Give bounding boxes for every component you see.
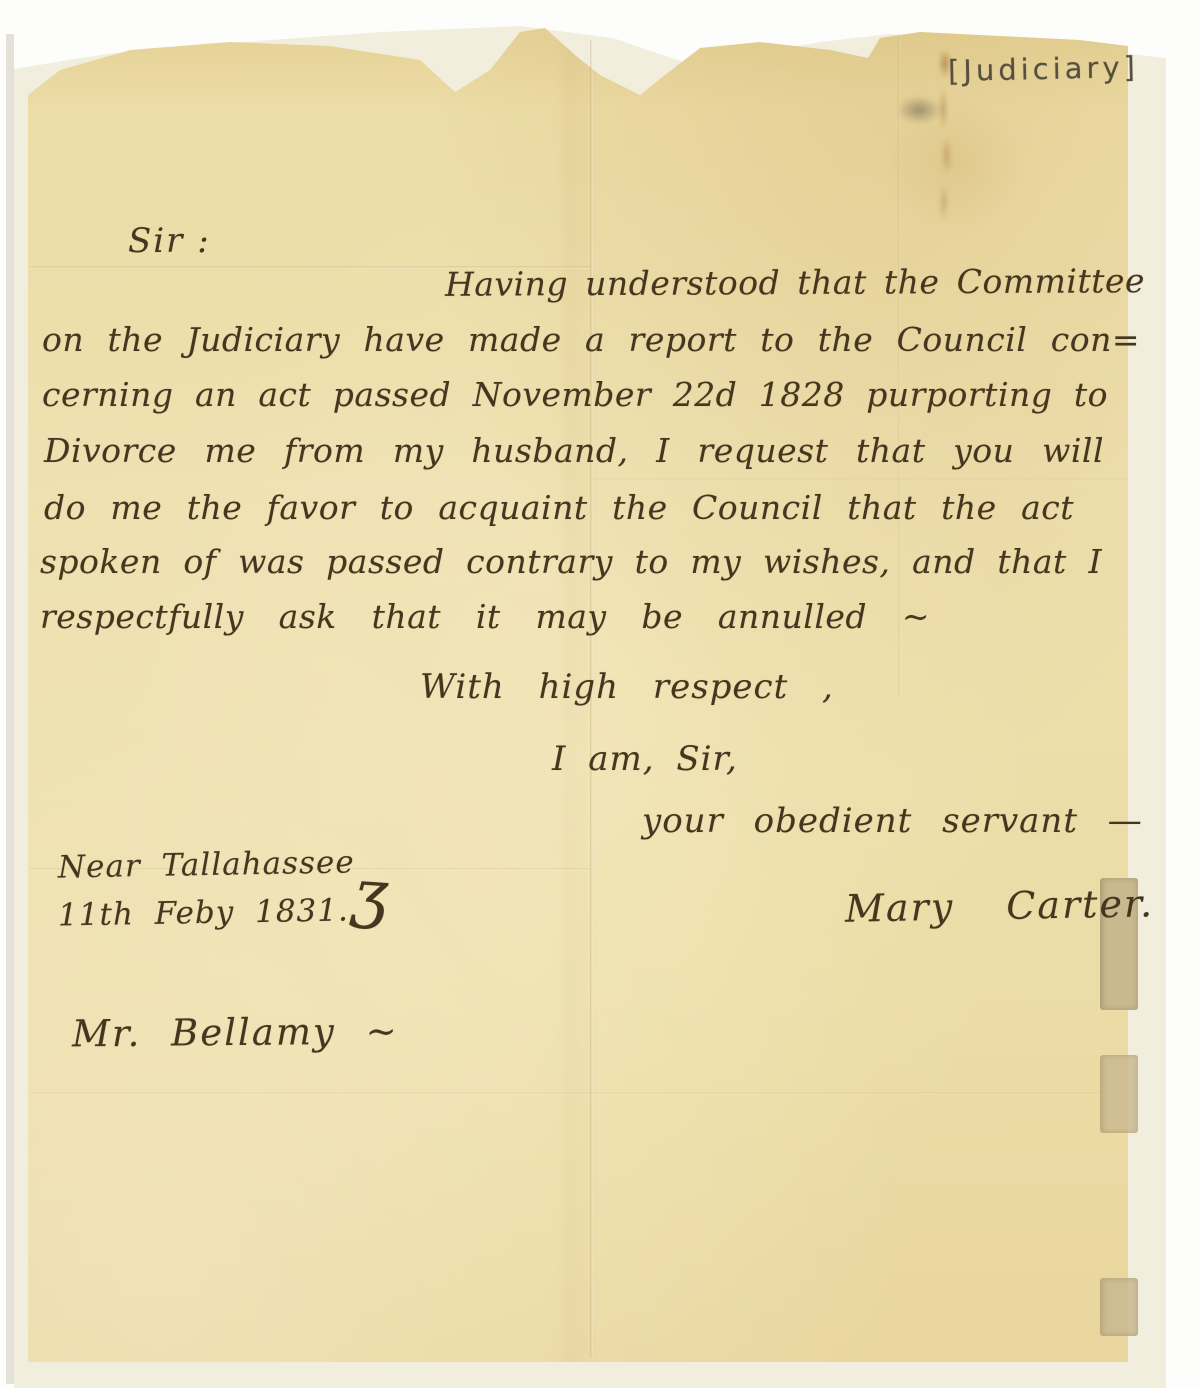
archive-annotation: [Judiciary] bbox=[948, 50, 1140, 88]
binding-tab bbox=[1100, 1278, 1138, 1336]
pencil-smudge bbox=[896, 96, 942, 124]
body-line: do me the favor to acquaint the Council … bbox=[44, 489, 1074, 527]
dateline-flourish: ʒ bbox=[349, 857, 390, 933]
closing-i-am: I am, Sir, bbox=[552, 740, 738, 779]
body-line: spoken of was passed contrary to my wish… bbox=[40, 543, 1102, 581]
addressee: Mr. Bellamy ~ bbox=[72, 1011, 399, 1056]
signature: Mary Carter. bbox=[845, 882, 1155, 931]
body-line: on the Judiciary have made a report to t… bbox=[42, 321, 1140, 359]
closing-servant: your obedient servant — bbox=[642, 802, 1143, 841]
scan-edge-shadow bbox=[6, 34, 14, 1384]
body-line: cerning an act passed November 22d 1828 … bbox=[42, 376, 1108, 414]
closing-respect: With high respect , bbox=[420, 668, 834, 707]
body-line: Divorce me from my husband, I request th… bbox=[44, 432, 1104, 470]
salutation: Sir : bbox=[128, 222, 211, 261]
binding-tab bbox=[1100, 1055, 1138, 1133]
dateline-place: Near Tallahassee bbox=[58, 845, 355, 886]
letter-scan: [Judiciary] Sir : Having understood that… bbox=[0, 0, 1200, 1388]
dateline-date: 11th Feby 1831. bbox=[58, 893, 349, 934]
body-line: respectfully ask that it may be annulled… bbox=[40, 598, 930, 636]
body-line: Having understood that the Committee bbox=[445, 262, 1145, 304]
